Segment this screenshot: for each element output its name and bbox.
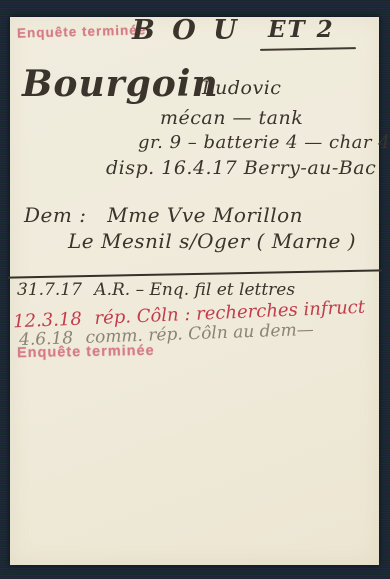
- series-code: ET 2: [268, 16, 335, 43]
- surname: Bourgoin: [22, 63, 219, 105]
- log-entry: 31.7.17 A.R. – Enq. fil et lettres: [17, 280, 295, 300]
- requester-address: Le Mesnil s/Oger ( Marne ): [68, 229, 356, 253]
- log-date: 31.7.17: [17, 280, 82, 300]
- log-text: A.R. – Enq. fil et lettres: [94, 280, 295, 300]
- index-card: Enquête terminée B O U ET 2 Bourgoin Lud…: [10, 17, 379, 565]
- stamp-enquete-terminee-top: Enquête terminée: [17, 22, 147, 40]
- horizontal-rule: [8, 269, 382, 279]
- stamp-enquete-terminee-bottom: Enquête terminée: [17, 343, 155, 361]
- scan-background: Enquête terminée B O U ET 2 Bourgoin Lud…: [0, 0, 390, 579]
- firstname: Ludovic: [202, 77, 281, 99]
- series-underline: [260, 47, 356, 51]
- unit: gr. 9 – batterie 4 — char 4: [138, 132, 390, 153]
- role: mécan — tank: [160, 107, 303, 129]
- disappearance: disp. 16.4.17 Berry-au-Bac: [106, 157, 376, 179]
- classification-code: B O U: [132, 15, 241, 46]
- requester-line: Dem : Mme Vve Morillon: [24, 203, 303, 227]
- requester-label: Dem :: [24, 203, 86, 227]
- requester-name: Mme Vve Morillon: [107, 203, 303, 227]
